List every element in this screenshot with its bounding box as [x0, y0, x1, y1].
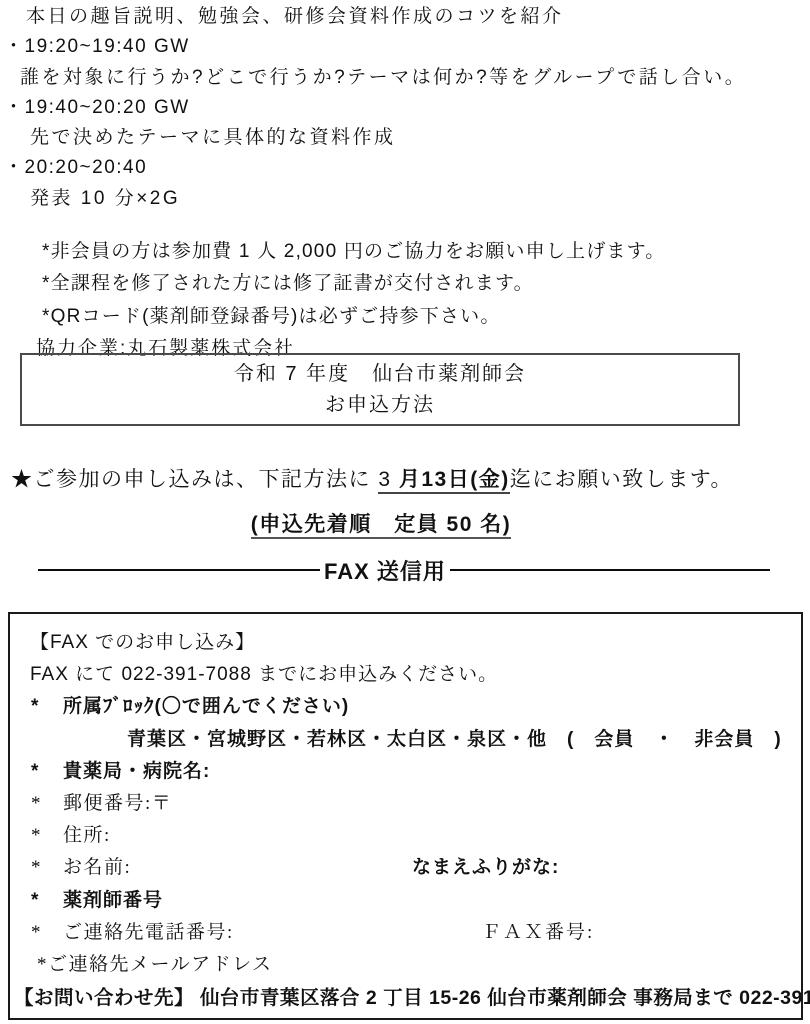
capacity-line: (申込先着順 定員 50 名) — [0, 508, 762, 538]
deadline-date: 3 月13日(金) — [378, 468, 509, 494]
schedule-time-3: ・20:20~20:40 — [0, 153, 810, 183]
schedule-intro: 本日の趣旨説明、勉強会、研修会資料作成のコツを紹介 — [0, 2, 810, 32]
fax-divider-label: FAX 送信用 — [320, 555, 450, 586]
schedule-desc-2: 先で決めたテーマに具体的な資料作成 — [0, 123, 810, 153]
deadline-prefix: ★ご参加の申し込みは、下記方法に — [11, 468, 378, 491]
deadline-suffix: 迄にお願い致します。 — [510, 468, 733, 491]
fax-form-instruction: FAX にて 022-391-7088 までにお申込みください。 — [10, 659, 801, 691]
asterisk-marker: * — [31, 917, 63, 949]
field-name-label: お名前: — [63, 857, 131, 878]
deadline-date-day: 3 — [378, 468, 399, 491]
schedule-section: 本日の趣旨説明、勉強会、研修会資料作成のコツを紹介 ・19:20~19:40 G… — [0, 2, 810, 214]
field-license-row: *薬剤師番号 — [10, 885, 801, 917]
asterisk-marker: * — [31, 820, 63, 852]
title-box-line2: お申込方法 — [22, 390, 738, 421]
fax-form-heading: 【FAX でのお申し込み】 — [10, 627, 801, 659]
fax-form-inner: 【FAX でのお申し込み】 FAX にて 022-391-7088 までにお申込… — [10, 614, 801, 1018]
field-wards-row: 青葉区・宮城野区・若林区・太白区・泉区・他 ( 会員 ・ 非会員 ) — [10, 724, 801, 756]
field-pharmacy-row: *貴薬局・病院名: — [10, 756, 801, 788]
asterisk-marker: * — [31, 788, 63, 820]
field-block-row: *所属ﾌﾞﾛｯｸ(〇で囲んでください) — [10, 691, 801, 723]
field-pharmacy-label: 貴薬局・病院名: — [63, 761, 210, 782]
asterisk-marker: * — [31, 756, 63, 788]
field-postal-label: 郵便番号:〒 — [63, 793, 172, 814]
field-phone-label: ご連絡先電話番号: — [63, 922, 234, 943]
note-fee: *非会員の方は参加費 1 人 2,000 円のご協力をお願い申し上げます。 — [0, 236, 810, 268]
asterisk-marker: * — [31, 852, 63, 884]
title-box-line1: 令和 7 年度 仙台市薬剤師会 — [22, 359, 738, 390]
note-qr-code: *QRコード(薬剤師登録番号)は必ずご持参下さい。 — [0, 301, 810, 333]
field-license-label: 薬剤師番号 — [63, 890, 163, 911]
field-email-row: *ご連絡先メールアドレス — [10, 949, 801, 981]
fax-divider: FAX 送信用 — [38, 556, 770, 584]
document-page: 本日の趣旨説明、勉強会、研修会資料作成のコツを紹介 ・19:20~19:40 G… — [0, 0, 810, 1024]
deadline-date-bold: 月13日(金) — [399, 468, 510, 491]
field-phone-row: *ご連絡先電話番号:ＦＡＸ番号: — [10, 917, 801, 949]
deadline-line: ★ご参加の申し込みは、下記方法に 3 月13日(金)迄にお願い致します。 — [11, 463, 733, 493]
note-certificate: *全課程を修了された方には修了証書が交付されます。 — [0, 268, 810, 300]
contact-footer: 【お問い合わせ先】 仙台市青葉区落合 2 丁目 15-26 仙台市薬剤師会 事務… — [14, 982, 810, 1014]
field-address-row: *住所: — [10, 820, 801, 852]
asterisk-marker: * — [31, 691, 63, 723]
application-title-box: 令和 7 年度 仙台市薬剤師会 お申込方法 — [20, 353, 740, 426]
notes-section: *非会員の方は参加費 1 人 2,000 円のご協力をお願い申し上げます。 *全… — [0, 236, 810, 366]
field-fax-label: ＦＡＸ番号: — [482, 917, 594, 949]
schedule-desc-3: 発表 10 分×2G — [0, 184, 810, 214]
schedule-time-1: ・19:20~19:40 GW — [0, 32, 810, 62]
field-postal-row: *郵便番号:〒 — [10, 788, 801, 820]
field-block-label: 所属ﾌﾞﾛｯｸ(〇で囲んでください) — [63, 696, 349, 717]
schedule-time-2: ・19:40~20:20 GW — [0, 93, 810, 123]
capacity-text: (申込先着順 定員 50 名) — [251, 513, 512, 539]
field-address-label: 住所: — [63, 825, 111, 846]
field-furigana-label: なまえふりがな: — [412, 852, 559, 884]
fax-form-box: 【FAX でのお申し込み】 FAX にて 022-391-7088 までにお申込… — [8, 612, 803, 1020]
divider-line-left — [38, 569, 320, 572]
schedule-desc-1: 誰を対象に行うか?どこで行うか?テーマは何か?等をグループで話し合い。 — [0, 63, 810, 93]
field-name-row: *お名前:なまえふりがな: — [10, 852, 801, 884]
divider-line-right — [450, 569, 770, 572]
asterisk-marker: * — [31, 885, 63, 917]
